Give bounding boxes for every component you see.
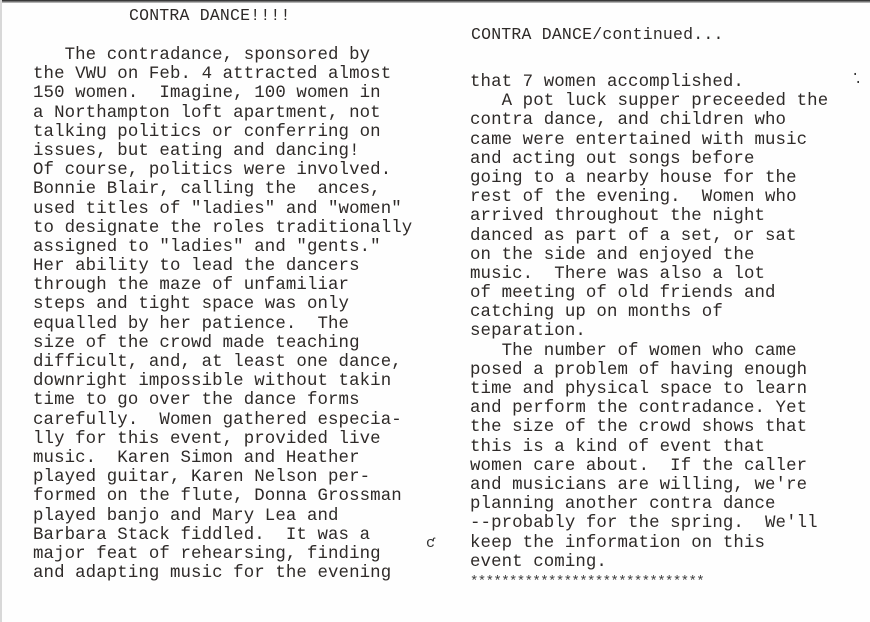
text-line: issues, but eating and dancing! xyxy=(33,142,412,161)
text-line: came were entertained with music xyxy=(470,131,828,150)
page-top-edge xyxy=(0,0,870,3)
text-line: The number of women who came xyxy=(470,342,828,361)
left-column-title: CONTRA DANCE!!!! xyxy=(129,6,291,25)
text-line: downright impossible without takin xyxy=(33,372,412,391)
text-line: Of course, politics were involved. xyxy=(33,161,412,180)
text-line: this is a kind of event that xyxy=(470,438,828,457)
text-line: lly for this event, provided live xyxy=(33,430,412,449)
text-line: equalled by her patience. The xyxy=(33,315,412,334)
text-line: music. Karen Simon and Heather xyxy=(33,449,412,468)
text-line: to designate the roles traditionally xyxy=(33,219,412,238)
text-line: keep the information on this xyxy=(470,534,828,553)
page-left-edge xyxy=(0,0,2,622)
text-line: size of the crowd made teaching xyxy=(33,334,412,353)
text-line: formed on the flute, Donna Grossman xyxy=(33,487,412,506)
margin-mark: ƈ xyxy=(426,535,435,552)
text-line: Her ability to lead the dancers xyxy=(33,257,412,276)
text-line: arrived throughout the night xyxy=(470,207,828,226)
right-column-title: CONTRA DANCE/continued... xyxy=(471,25,724,44)
text-line: carefully. Women gathered especia- xyxy=(33,411,412,430)
text-line: assigned to "ladies" and "gents." xyxy=(33,238,412,257)
text-line: event coming. xyxy=(470,553,828,572)
text-line: used titles of "ladies" and "women" xyxy=(33,200,412,219)
text-line: The contradance, sponsored by xyxy=(33,46,412,65)
text-line: and acting out songs before xyxy=(470,150,828,169)
text-line: A pot luck supper preceeded the xyxy=(470,92,828,111)
text-line: --probably for the spring. We'll xyxy=(470,514,828,533)
text-line: going to a nearby house for the xyxy=(470,169,828,188)
text-line: that 7 women accomplished. xyxy=(470,73,828,92)
right-column-body: that 7 women accomplished. A pot luck su… xyxy=(470,73,828,592)
text-line: on the side and enjoyed the xyxy=(470,246,828,265)
text-line: women care about. If the caller xyxy=(470,457,828,476)
newsletter-page: CONTRA DANCE!!!! The contradance, sponso… xyxy=(0,0,870,622)
text-line: time to go over the dance forms xyxy=(33,391,412,410)
text-line: danced as part of a set, or sat xyxy=(470,227,828,246)
text-line: talking politics or conferring on xyxy=(33,123,412,142)
text-line: major feat of rehearsing, finding xyxy=(33,545,412,564)
text-line: posed a problem of having enough xyxy=(470,361,828,380)
text-line: and perform the contradance. Yet xyxy=(470,399,828,418)
text-line: difficult, and, at least one dance, xyxy=(33,353,412,372)
text-line: catching up on months of xyxy=(470,303,828,322)
text-line: through the maze of unfamiliar xyxy=(33,276,412,295)
text-line: time and physical space to learn xyxy=(470,380,828,399)
text-line: played guitar, Karen Nelson per- xyxy=(33,468,412,487)
asterisk-separator: ****************************** xyxy=(470,573,828,592)
text-line: music. There was also a lot xyxy=(470,265,828,284)
text-line: separation. xyxy=(470,322,828,341)
text-line: played banjo and Mary Lea and xyxy=(33,507,412,526)
text-line: and musicians are willing, we're xyxy=(470,476,828,495)
text-line: contra dance, and children who xyxy=(470,111,828,130)
text-line: Bonnie Blair, calling the ances, xyxy=(33,180,412,199)
text-line: a Northampton loft apartment, not xyxy=(33,104,412,123)
stray-mark: . xyxy=(854,72,862,88)
text-line: of meeting of old friends and xyxy=(470,284,828,303)
text-line: rest of the evening. Women who xyxy=(470,188,828,207)
left-column-body: The contradance, sponsored bythe VWU on … xyxy=(33,46,412,583)
text-line: 150 women. Imagine, 100 women in xyxy=(33,84,412,103)
text-line: planning another contra dance xyxy=(470,495,828,514)
text-line: the VWU on Feb. 4 attracted almost xyxy=(33,65,412,84)
text-line: and adapting music for the evening xyxy=(33,564,412,583)
text-line: Barbara Stack fiddled. It was a xyxy=(33,526,412,545)
text-line: steps and tight space was only xyxy=(33,295,412,314)
text-line: the size of the crowd shows that xyxy=(470,418,828,437)
